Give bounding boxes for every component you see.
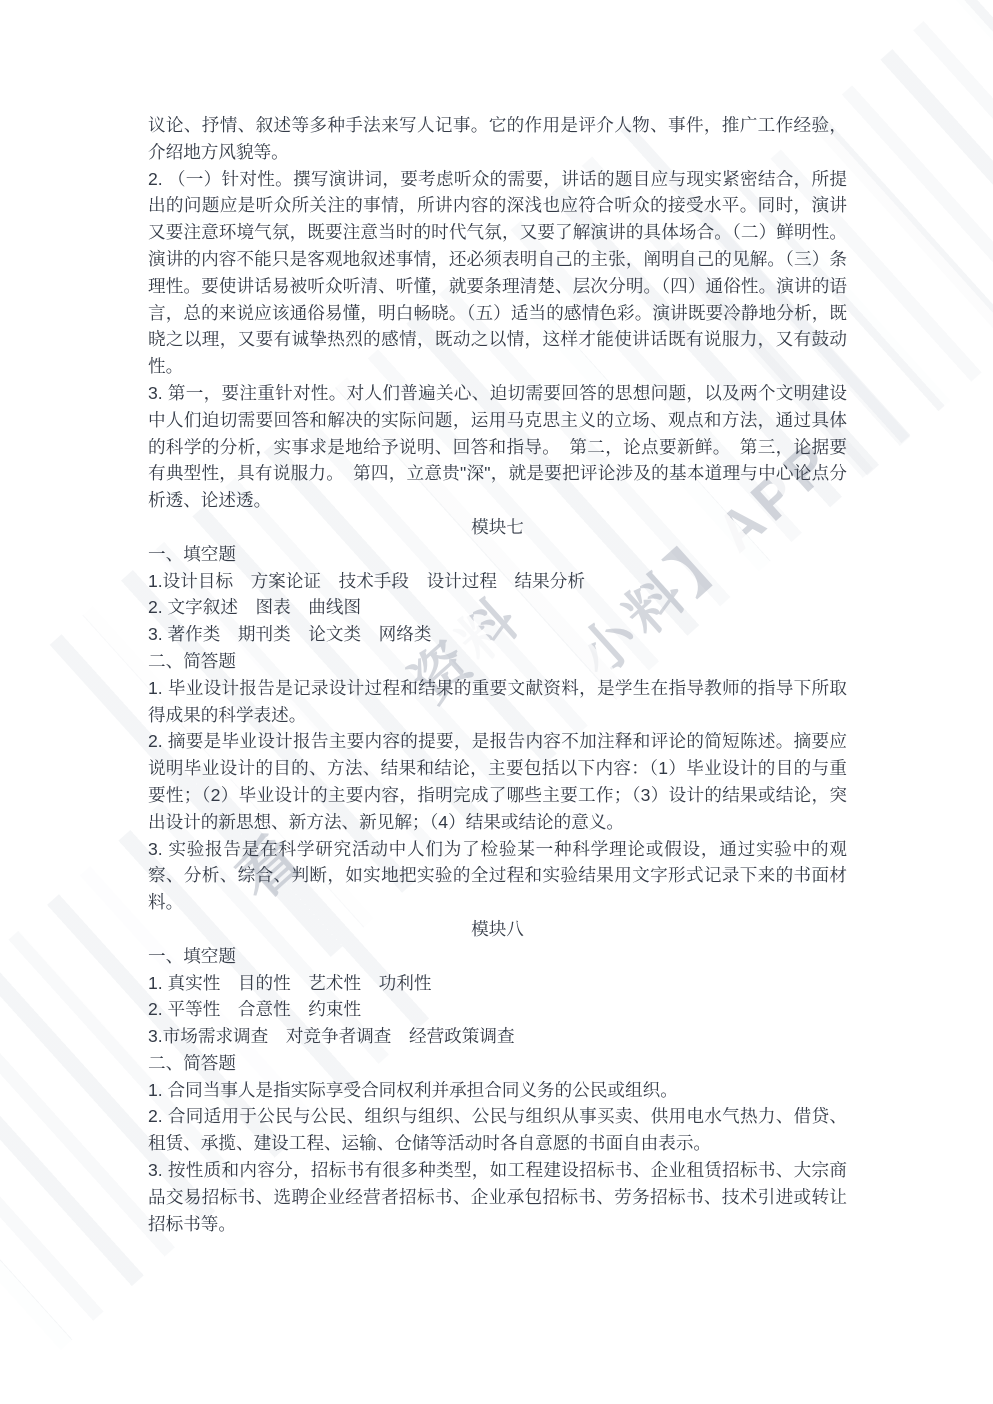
paragraph: 1. 毕业设计报告是记录设计过程和结果的重要文献资料，是学生在指导教师的指导下所…	[148, 675, 847, 729]
paragraph: 二、简答题	[148, 648, 847, 675]
paragraph: 2. 平等性 合意性 约束性	[148, 996, 847, 1023]
paragraph: 1. 合同当事人是指实际享受合同权利并承担合同义务的公民或组织。	[148, 1077, 847, 1104]
paragraph: 二、简答题	[148, 1050, 847, 1077]
paragraph: 一、填空题	[148, 943, 847, 970]
paragraph: 1.设计目标 方案论证 技术手段 设计过程 结果分析	[148, 568, 847, 595]
paragraph: 3. 按性质和内容分，招标书有很多种类型，如工程建设招标书、企业租赁招标书、大宗…	[148, 1157, 847, 1237]
section-heading: 模块八	[148, 916, 847, 943]
paragraph: 3.市场需求调查 对竞争者调查 经营政策调查	[148, 1023, 847, 1050]
paragraph: 3. 实验报告是在科学研究活动中人们为了检验某一种科学理论或假设，通过实验中的观…	[148, 836, 847, 916]
paragraph: 1. 真实性 目的性 艺术性 功利性	[148, 970, 847, 997]
paragraph: 3. 第一，要注重针对性。对人们普遍关心、迫切需要回答的思想问题，以及两个文明建…	[148, 380, 847, 514]
section-heading: 模块七	[148, 514, 847, 541]
paragraph: 一、填空题	[148, 541, 847, 568]
paragraph: 2. （一）针对性。撰写演讲词，要考虑听众的需要，讲话的题目应与现实紧密结合，所…	[148, 166, 847, 380]
paragraph: 2. 合同适用于公民与公民、组织与组织、公民与组织从事买卖、供用电水气热力、借贷…	[148, 1103, 847, 1157]
paragraph: 2. 文字叙述 图表 曲线图	[148, 594, 847, 621]
paragraph: 2. 摘要是毕业设计报告主要内容的提要，是报告内容不加注释和评论的简短陈述。摘要…	[148, 728, 847, 835]
scanned-document-page: 小料】APP资料看 议论、抒情、叙述等多种手法来写人记事。它的作用是评介人物、事…	[0, 0, 993, 1404]
document-body: 议论、抒情、叙述等多种手法来写人记事。它的作用是评介人物、事件，推广工作经验，介…	[148, 112, 847, 1237]
paragraph: 议论、抒情、叙述等多种手法来写人记事。它的作用是评介人物、事件，推广工作经验，介…	[148, 112, 847, 166]
paragraph: 3. 著作类 期刊类 论文类 网络类	[148, 621, 847, 648]
